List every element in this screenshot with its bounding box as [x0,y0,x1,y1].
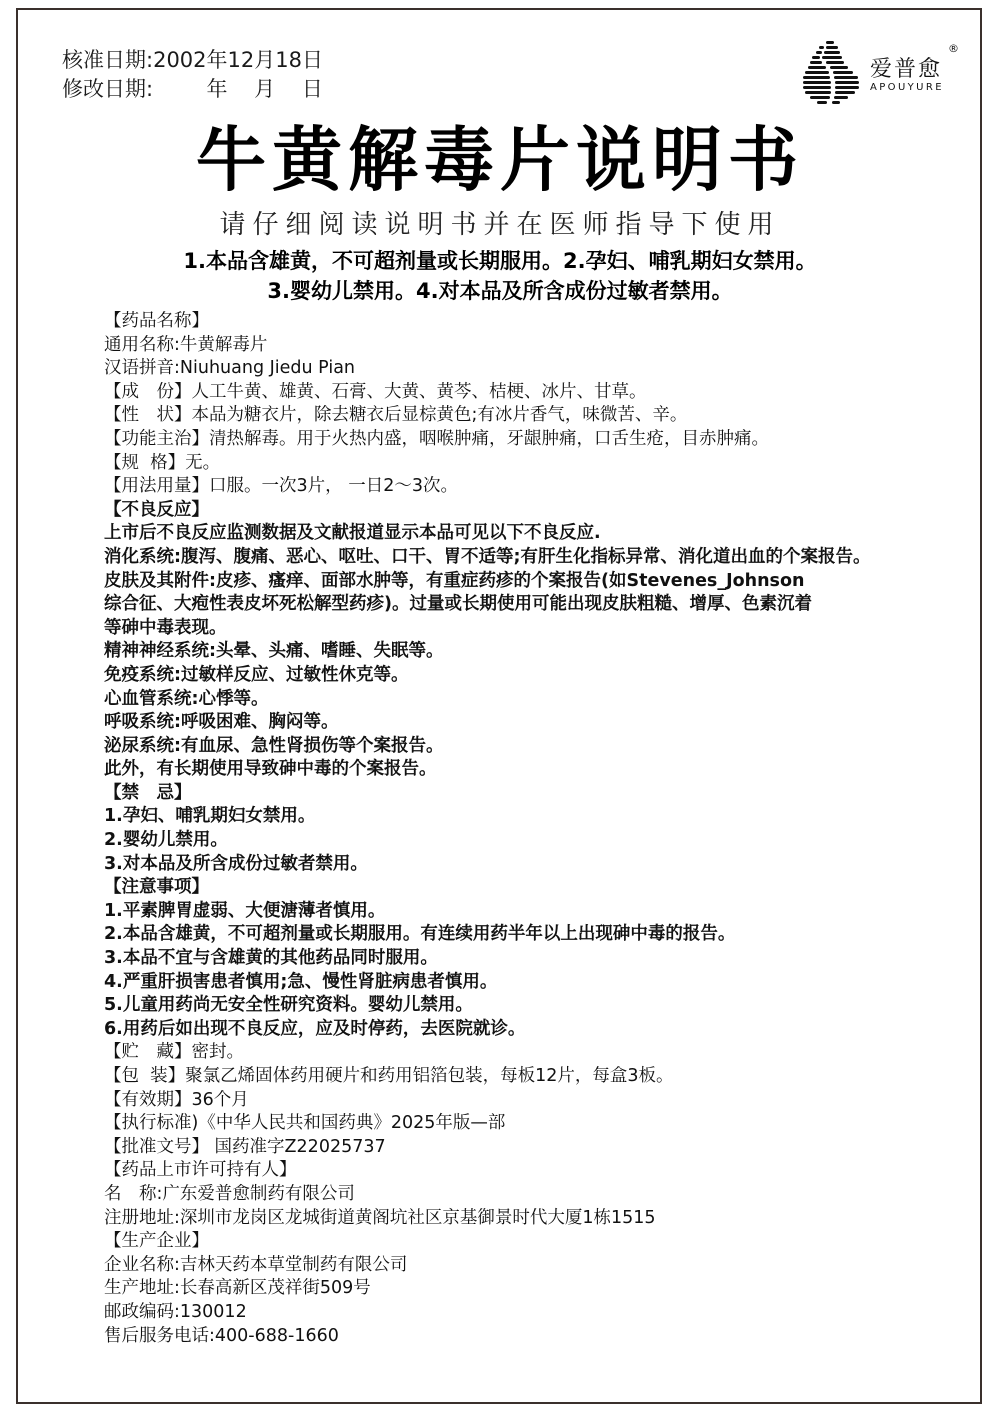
section-heading-drug-name: 【药品名称】 [104,310,964,334]
adverse-reaction-line: 呼吸系统:呼吸困难、胸闷等。 [104,711,964,735]
precaution-item: 6.用药后如出现不良反应，应及时停药，去医院就诊。 [104,1018,964,1042]
boxed-warning-line-2: 3.婴幼儿禁用。4.对本品及所含成份过敏者禁用。 [0,276,1000,306]
standard: 【执行标准)《中华人民共和国药典》2025年版—部 [104,1112,964,1136]
apouyure-logo-icon [802,40,862,106]
packaging: 【包 装】聚氯乙烯固体药用硬片和药用铝箔包装，每板12片，每盒3板。 [104,1065,964,1089]
generic-name: 通用名称:牛黄解毒片 [104,334,964,358]
adverse-reaction-line: 心血管系统:心悸等。 [104,688,964,712]
adverse-reaction-line: 消化系统:腹泻、腹痛、恶心、呕吐、口干、胃不适等;有肝生化指标异常、消化道出血的… [104,546,964,570]
adverse-reaction-line: 综合征、大疱性表皮坏死松解型药疹)。过量或长期使用可能出现皮肤粗糙、增厚、色素沉… [104,593,964,617]
adverse-reaction-line: 等砷中毒表现。 [104,617,964,641]
approval-date-label: 核准日期: [62,48,153,72]
precaution-item: 3.本品不宜与含雄黄的其他药品同时服用。 [104,947,964,971]
precaution-item: 1.平素脾胃虚弱、大便溏薄者慎用。 [104,900,964,924]
adverse-reaction-line: 泌尿系统:有血尿、急性肾损伤等个案报告。 [104,735,964,759]
revision-date-label: 修改日期: [62,77,153,101]
section-heading-contraindications: 【禁 忌】 [104,782,964,806]
manufacturer-postcode: 邮政编码:130012 [104,1301,964,1325]
revision-date: 修改日期: 年 月 日 [62,75,323,104]
section-heading-mah: 【药品上市许可持有人】 [104,1159,964,1183]
mah-name: 名 称:广东爱普愈制药有限公司 [104,1183,964,1207]
section-heading-adverse-reactions: 【不良反应】 [104,499,964,523]
leaflet-body: 【药品名称】 通用名称:牛黄解毒片 汉语拼音:Niuhuang Jiedu Pi… [104,310,964,1348]
manufacturer-address: 生产地址:长春高新区茂祥街509号 [104,1277,964,1301]
section-heading-manufacturer: 【生产企业】 [104,1230,964,1254]
approval-number: 【批准文号】 国药准字Z22025737 [104,1136,964,1160]
contraindication-item: 2.婴幼儿禁用。 [104,829,964,853]
approval-date: 核准日期:2002年12月18日 [62,46,323,75]
precaution-item: 4.严重肝损害患者慎用;急、慢性肾脏病患者慎用。 [104,971,964,995]
storage: 【贮 藏】密封。 [104,1041,964,1065]
approval-date-value: 2002年12月18日 [153,48,323,72]
service-hotline: 售后服务电话:400-688-1660 [104,1325,964,1349]
specification: 【规 格】无。 [104,452,964,476]
adverse-reaction-line: 皮肤及其附件:皮疹、瘙痒、面部水肿等，有重症药疹的个案报告(如Stevenes_… [104,570,964,594]
section-heading-precautions: 【注意事项】 [104,876,964,900]
dosage: 【用法用量】口服。一次3片， 一日2～3次。 [104,475,964,499]
pinyin-name: 汉语拼音:Niuhuang Jiedu Pian [104,357,964,381]
adverse-reaction-line: 免疫系统:过敏样反应、过敏性休克等。 [104,664,964,688]
adverse-reaction-line: 此外，有长期使用导致砷中毒的个案报告。 [104,758,964,782]
ingredients: 【成 份】人工牛黄、雄黄、石膏、大黄、黄芩、桔梗、冰片、甘草。 [104,381,964,405]
revision-date-value: 年 月 日 [153,77,323,101]
brand-name-cn: 爱普愈 [870,52,942,83]
brand-logo: 爱普愈 ® APOUYURE [800,38,950,104]
description: 【性 状】本品为糖衣片，除去糖衣后显棕黄色;有冰片香气，味微苦、辛。 [104,404,964,428]
registered-mark-icon: ® [948,42,959,55]
mah-address: 注册地址:深圳市龙岗区龙城街道黄阁坑社区京基御景时代大厦1栋1515 [104,1207,964,1231]
precaution-item: 5.儿童用药尚无安全性研究资料。婴幼儿禁用。 [104,994,964,1018]
document-subtitle: 请仔细阅读说明书并在医师指导下使用 [0,208,1000,242]
indications: 【功能主治】清热解毒。用于火热内盛，咽喉肿痛，牙龈肿痛，口舌生疮，目赤肿痛。 [104,428,964,452]
validity: 【有效期】36个月 [104,1089,964,1113]
precaution-item: 2.本品含雄黄，不可超剂量或长期服用。有连续用药半年以上出现砷中毒的报告。 [104,923,964,947]
document-title: 牛黄解毒片说明书 [0,118,1000,202]
boxed-warning-line-1: 1.本品含雄黄，不可超剂量或长期服用。2.孕妇、哺乳期妇女禁用。 [0,246,1000,276]
date-block: 核准日期:2002年12月18日 修改日期: 年 月 日 [62,46,323,104]
contraindication-item: 1.孕妇、哺乳期妇女禁用。 [104,805,964,829]
adverse-reaction-line: 上市后不良反应监测数据及文献报道显示本品可见以下不良反应. [104,522,964,546]
brand-name-en: APOUYURE [870,82,944,93]
adverse-reaction-line: 精神神经系统:头晕、头痛、嗜睡、失眠等。 [104,640,964,664]
manufacturer-name: 企业名称:吉林天药本草堂制药有限公司 [104,1254,964,1278]
contraindication-item: 3.对本品及所含成份过敏者禁用。 [104,853,964,877]
